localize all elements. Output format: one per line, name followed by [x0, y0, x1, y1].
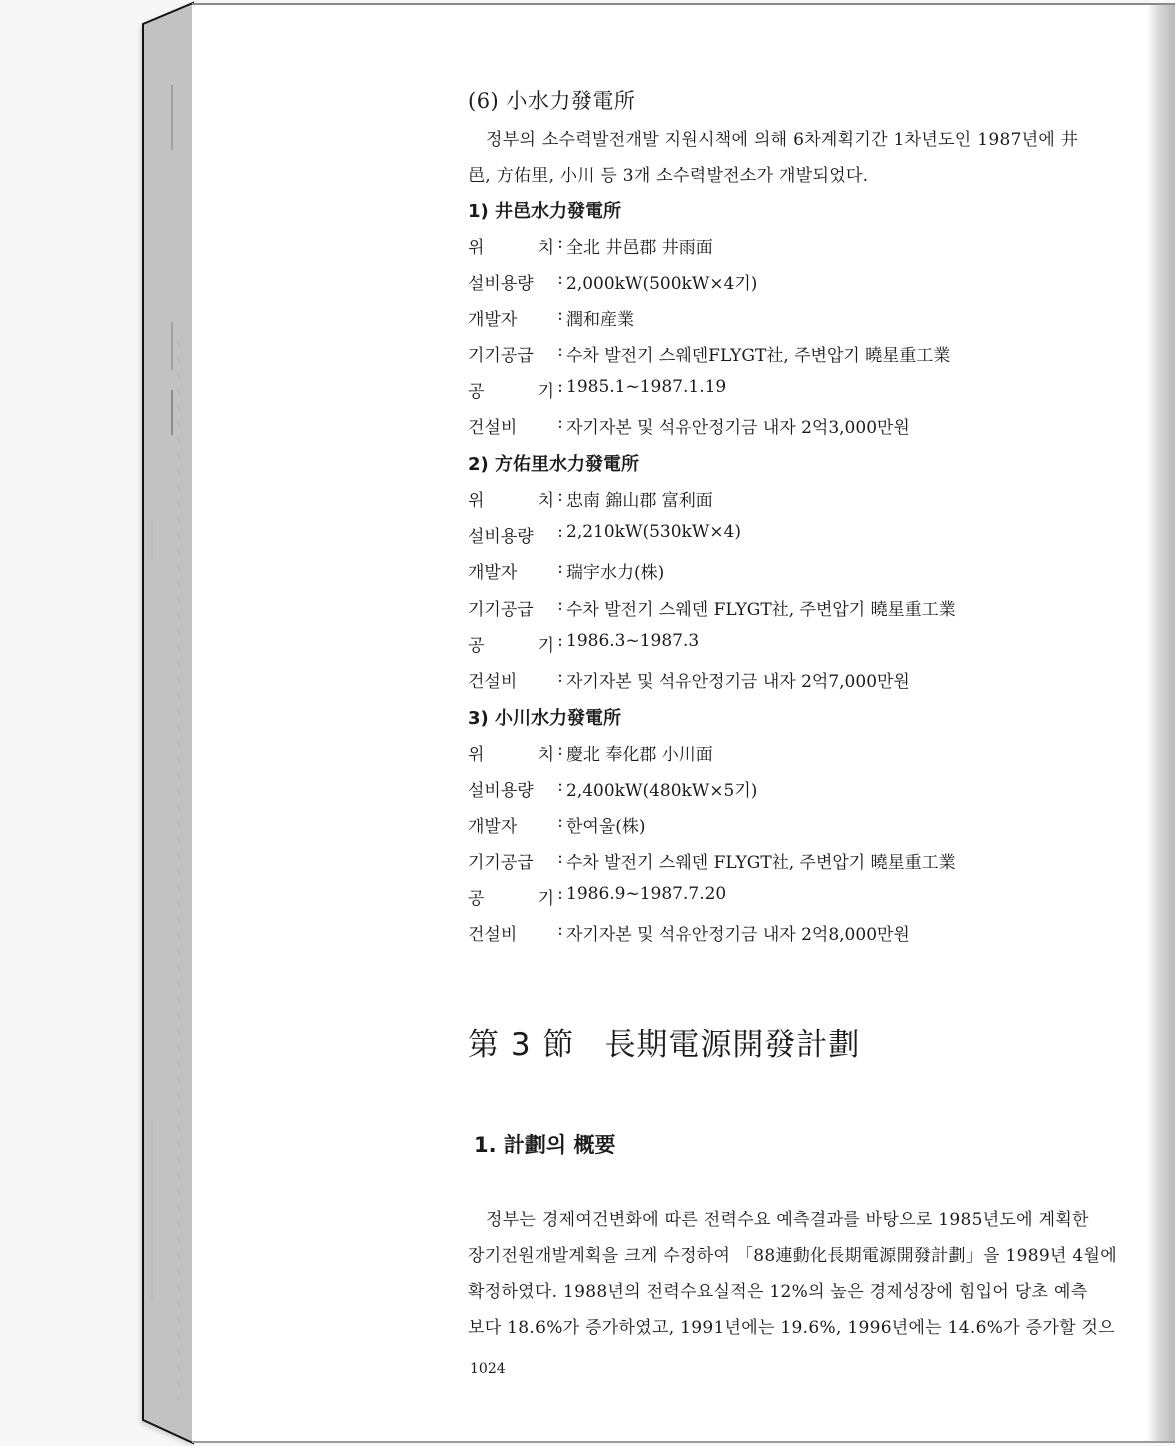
colon: :: [554, 377, 566, 402]
field-value: 瑞宇水力(株): [566, 558, 664, 583]
field-label: 건설비: [468, 413, 554, 438]
field-value: 1986.9~1987.7.20: [566, 884, 726, 909]
page-number: 1024: [470, 1361, 506, 1377]
field-construction-cost: 건설비:자기자본 및 석유안정기금 내자 2억7,000만원: [468, 667, 910, 692]
colon: :: [554, 595, 566, 620]
field-value: 慶北 奉化郡 小川面: [566, 740, 713, 765]
colon: :: [554, 667, 566, 692]
field-label: 위 치: [468, 233, 554, 258]
colon: :: [554, 884, 566, 909]
intro-paragraph-line-1: 정부의 소수력발전개발 지원시책에 의해 6차계획기간 1차년도인 1987년에…: [486, 125, 1078, 150]
colon: :: [554, 522, 566, 547]
field-value: 潤和産業: [566, 305, 634, 330]
field-label: 위 치: [468, 740, 554, 765]
chapter-name: 長期電源開發計劃: [604, 1027, 860, 1063]
field-developer: 개발자:潤和産業: [468, 305, 634, 330]
field-label: 건설비: [468, 920, 554, 945]
field-construction-period: 공 기:1986.9~1987.7.20: [468, 884, 726, 909]
colon: :: [554, 776, 566, 801]
field-value: 全北 井邑郡 井雨面: [566, 233, 713, 258]
field-construction-cost: 건설비:자기자본 및 석유안정기금 내자 2억8,000만원: [468, 920, 910, 945]
body-line-2: 장기전원개발계획을 크게 수정하여 「88連動化長期電源開發計劃」을 1989년…: [468, 1241, 1117, 1266]
colon: :: [554, 305, 566, 330]
field-value: 수차 발전기 스웨덴 FLYGT社, 주변압기 曉星重工業: [566, 595, 956, 620]
field-value: 2,400kW(480kW×5기): [566, 776, 757, 801]
body-line-3: 확정하였다. 1988년의 전력수요실적은 12%의 높은 경제성장에 힘입어 …: [468, 1277, 1087, 1302]
colon: :: [554, 558, 566, 583]
field-value: 자기자본 및 석유안정기금 내자 2억3,000만원: [566, 413, 910, 438]
field-construction-period: 공 기:1986.3~1987.3: [468, 631, 699, 656]
colon: :: [554, 740, 566, 765]
field-construction-period: 공 기:1985.1~1987.1.19: [468, 377, 726, 402]
colon: :: [554, 920, 566, 945]
plant-heading-jeongeup: 1) 井邑水力發電所: [468, 197, 621, 223]
field-construction-cost: 건설비:자기자본 및 석유안정기금 내자 2억3,000만원: [468, 413, 910, 438]
field-label: 개발자: [468, 305, 554, 330]
field-label: 공 기: [468, 884, 554, 909]
field-value: 자기자본 및 석유안정기금 내자 2억8,000만원: [566, 920, 910, 945]
chapter-title: 第 3 節長期電源開發計劃: [468, 1019, 860, 1064]
body-line-4: 보다 18.6%가 증가하였고, 1991년에는 19.6%, 1996년에는 …: [468, 1313, 1115, 1338]
document-page: (6) 小水力發電所 정부의 소수력발전개발 지원시책에 의해 6차계획기간 1…: [192, 3, 1175, 1443]
field-label: 설비용량: [468, 269, 554, 294]
field-label: 공 기: [468, 377, 554, 402]
colon: :: [554, 233, 566, 258]
field-location: 위 치:忠南 錦山郡 富利面: [468, 486, 713, 511]
colon: :: [554, 413, 566, 438]
field-value: 수차 발전기 스웨덴 FLYGT社, 주변압기 曉星重工業: [566, 848, 956, 873]
colon: :: [554, 848, 566, 873]
plant-heading-socheon: 3) 小川水力發電所: [468, 704, 621, 730]
field-developer: 개발자:한여울(株): [468, 812, 646, 837]
section-heading-overview: 1. 計劃의 概要: [474, 1129, 616, 1159]
colon: :: [554, 269, 566, 294]
field-label: 기기공급: [468, 341, 554, 366]
section-title: (6) 小水力發電所: [468, 85, 635, 115]
field-label: 기기공급: [468, 848, 554, 873]
field-value: 자기자본 및 석유안정기금 내자 2억7,000만원: [566, 667, 910, 692]
field-label: 개발자: [468, 558, 554, 583]
field-equipment-supply: 기기공급:수차 발전기 스웨덴 FLYGT社, 주변압기 曉星重工業: [468, 595, 956, 620]
intro-paragraph-line-2: 邑, 方佑里, 小川 등 3개 소수력발전소가 개발되었다.: [468, 161, 868, 186]
page-edge-shade: [1147, 5, 1175, 1441]
field-capacity: 설비용량:2,400kW(480kW×5기): [468, 776, 757, 801]
field-label: 설비용량: [468, 522, 554, 547]
field-label: 공 기: [468, 631, 554, 656]
field-value: 2,000kW(500kW×4기): [566, 269, 757, 294]
body-line-1: 정부는 경제여건변화에 따른 전력수요 예측결과를 바탕으로 1985년도에 계…: [486, 1205, 1089, 1230]
field-label: 개발자: [468, 812, 554, 837]
field-value: 한여울(株): [566, 812, 646, 837]
colon: :: [554, 812, 566, 837]
field-value: 수차 발전기 스웨덴FLYGT社, 주변압기 曉星重工業: [566, 341, 950, 366]
field-capacity: 설비용량:2,000kW(500kW×4기): [468, 269, 757, 294]
field-capacity: 설비용량:2,210kW(530kW×4): [468, 522, 741, 547]
colon: :: [554, 341, 566, 366]
field-label: 위 치: [468, 486, 554, 511]
field-label: 기기공급: [468, 595, 554, 620]
colon: :: [554, 631, 566, 656]
field-value: 1986.3~1987.3: [566, 631, 699, 656]
field-value: 1985.1~1987.1.19: [566, 377, 726, 402]
field-value: 2,210kW(530kW×4): [566, 522, 741, 547]
field-label: 설비용량: [468, 776, 554, 801]
field-label: 건설비: [468, 667, 554, 692]
colon: :: [554, 486, 566, 511]
field-equipment-supply: 기기공급:수차 발전기 스웨덴FLYGT社, 주변압기 曉星重工業: [468, 341, 950, 366]
field-developer: 개발자:瑞宇水力(株): [468, 558, 664, 583]
plant-heading-bangwoori: 2) 方佑里水力發電所: [468, 450, 639, 476]
field-location: 위 치:全北 井邑郡 井雨面: [468, 233, 713, 258]
chapter-number: 第 3 節: [468, 1027, 574, 1063]
field-value: 忠南 錦山郡 富利面: [566, 486, 713, 511]
field-equipment-supply: 기기공급:수차 발전기 스웨덴 FLYGT社, 주변압기 曉星重工業: [468, 848, 956, 873]
field-location: 위 치:慶北 奉化郡 小川面: [468, 740, 713, 765]
